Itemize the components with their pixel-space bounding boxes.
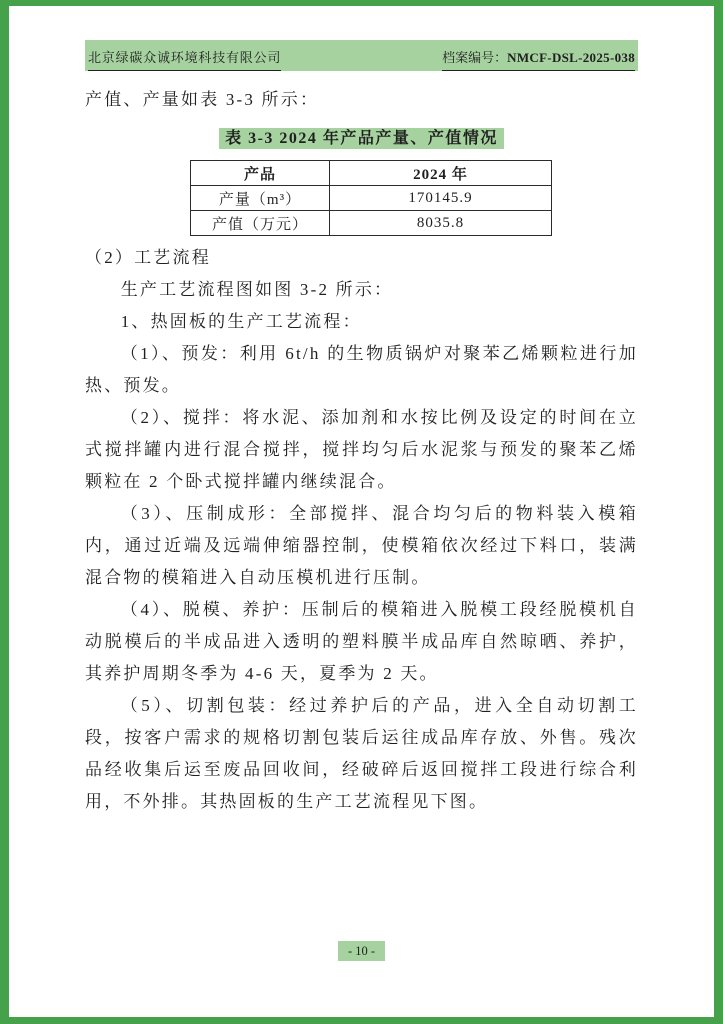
table-cell-value-value: 8035.8 — [330, 211, 552, 236]
paragraph-step-4: （4）、脱模、养护：压制后的模箱进入脱模工段经脱模机自动脱模后的半成品进入透明的… — [85, 594, 638, 690]
page-number: - 10 - — [338, 941, 385, 961]
paragraph-step-5: （5）、切割包装：经过养护后的产品，进入全自动切割工段，按客户需求的规格切割包装… — [85, 690, 638, 818]
highlight-frame-bottom — [0, 1017, 723, 1024]
archive-number: NMCF-DSL-2025-038 — [507, 50, 635, 65]
paragraph-flow-intro: 生产工艺流程图如图 3-2 所示： — [85, 274, 638, 306]
table-caption-highlight: 表 3-3 2024 年产品产量、产值情况 — [219, 128, 504, 149]
table-header-row: 产品 2024 年 — [191, 161, 552, 186]
section-heading-process: （2）工艺流程 — [85, 242, 638, 274]
paragraph-step-1: （1）、预发：利用 6t/h 的生物质锅炉对聚苯乙烯颗粒进行加热、预发。 — [85, 338, 638, 402]
table-cell-output-value: 170145.9 — [330, 186, 552, 211]
company-name: 北京绿碳众诚环境科技有限公司 — [88, 47, 281, 71]
page-footer: - 10 - — [0, 944, 723, 959]
table-header-product: 产品 — [191, 161, 330, 186]
table-header-year: 2024 年 — [330, 161, 552, 186]
intro-line: 产值、产量如表 3-3 所示： — [85, 84, 638, 116]
document-page: 北京绿碳众诚环境科技有限公司 档案编号：NMCF-DSL-2025-038 产值… — [0, 0, 723, 1024]
table-row: 产量（m³） 170145.9 — [191, 186, 552, 211]
highlight-frame-left — [0, 0, 9, 1024]
archive-label: 档案编号： — [442, 50, 507, 65]
highlight-frame-top — [0, 0, 723, 6]
highlight-frame-right — [714, 0, 723, 1024]
page-header: 北京绿碳众诚环境科技有限公司 档案编号：NMCF-DSL-2025-038 — [85, 40, 638, 71]
table-cell-value-label: 产值（万元） — [191, 211, 330, 236]
table-caption: 表 3-3 2024 年产品产量、产值情况 — [85, 126, 638, 152]
archive-number-block: 档案编号：NMCF-DSL-2025-038 — [442, 47, 635, 71]
document-body: 产值、产量如表 3-3 所示： 表 3-3 2024 年产品产量、产值情况 产品… — [85, 84, 638, 818]
paragraph-step-2: （2）、搅拌：将水泥、添加剂和水按比例及设定的时间在立式搅拌罐内进行混合搅拌，搅… — [85, 402, 638, 498]
production-table: 产品 2024 年 产量（m³） 170145.9 产值（万元） 8035.8 — [190, 160, 552, 236]
table-cell-output-label: 产量（m³） — [191, 186, 330, 211]
paragraph-list-head: 1、热固板的生产工艺流程： — [85, 306, 638, 338]
table-row: 产值（万元） 8035.8 — [191, 211, 552, 236]
paragraph-step-3: （3）、压制成形：全部搅拌、混合均匀后的物料装入模箱内，通过近端及远端伸缩器控制… — [85, 498, 638, 594]
